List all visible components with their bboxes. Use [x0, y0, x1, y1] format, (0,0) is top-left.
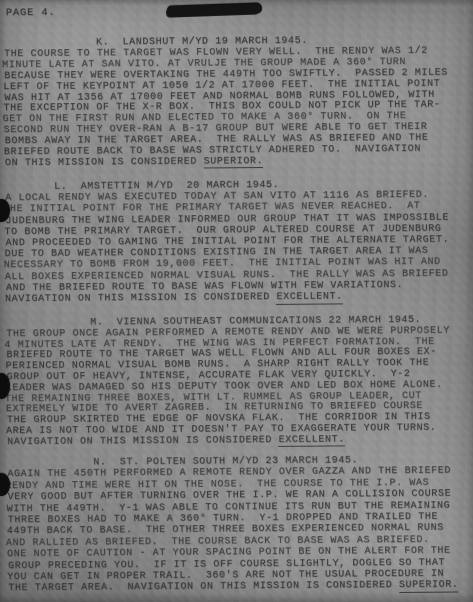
closing-prefix: THE TARGET AREA. NAVIGATION ON THIS MISS…	[8, 580, 399, 594]
page-number-label: PAGE 4.	[6, 7, 56, 19]
closing-line: NAVIGATION ON THIS MISSION IS CONSIDERED…	[5, 290, 473, 305]
mission-section-k: K. LANDSHUT M/YD 19 MARCH 1945.THE COURS…	[3, 35, 472, 170]
closing-line: ON THIS MISSION IS CONSIDERED SUPERIOR.	[5, 155, 472, 170]
scanned-document-page: PAGE 4. K. LANDSHUT M/YD 19 MARCH 1945.T…	[0, 0, 473, 602]
rating-underlined: SUPERIOR.	[204, 156, 264, 169]
closing-prefix: ON THIS MISSION IS CONSIDERED	[5, 156, 204, 169]
closing-prefix: NAVIGATION ON THIS MISSION IS CONSIDERED	[5, 292, 277, 305]
mission-section-n: N. ST. POLTEN SOUTH M/YD 23 MARCH 1945.A…	[6, 454, 473, 595]
mission-section-m: M. VIENNA SOUTHEAST COMMUNICATIONS 22 MA…	[5, 315, 473, 448]
closing-prefix: NAVIGATION ON THIS MISSION IS CONSIDERED	[7, 435, 279, 448]
rating-underlined: EXCELLENT.	[279, 434, 345, 447]
closing-line: NAVIGATION ON THIS MISSION IS CONSIDERED…	[7, 434, 473, 448]
rating-underlined: SUPERIOR.	[399, 580, 459, 593]
document-text-layer: PAGE 4. K. LANDSHUT M/YD 19 MARCH 1945.T…	[0, 0, 473, 602]
closing-line: THE TARGET AREA. NAVIGATION ON THIS MISS…	[8, 580, 473, 595]
mission-section-l: L. AMSTETTIN M/YD 20 MARCH 1945.A LOCAL …	[4, 178, 473, 305]
rating-underlined: EXCELLENT.	[276, 291, 342, 304]
